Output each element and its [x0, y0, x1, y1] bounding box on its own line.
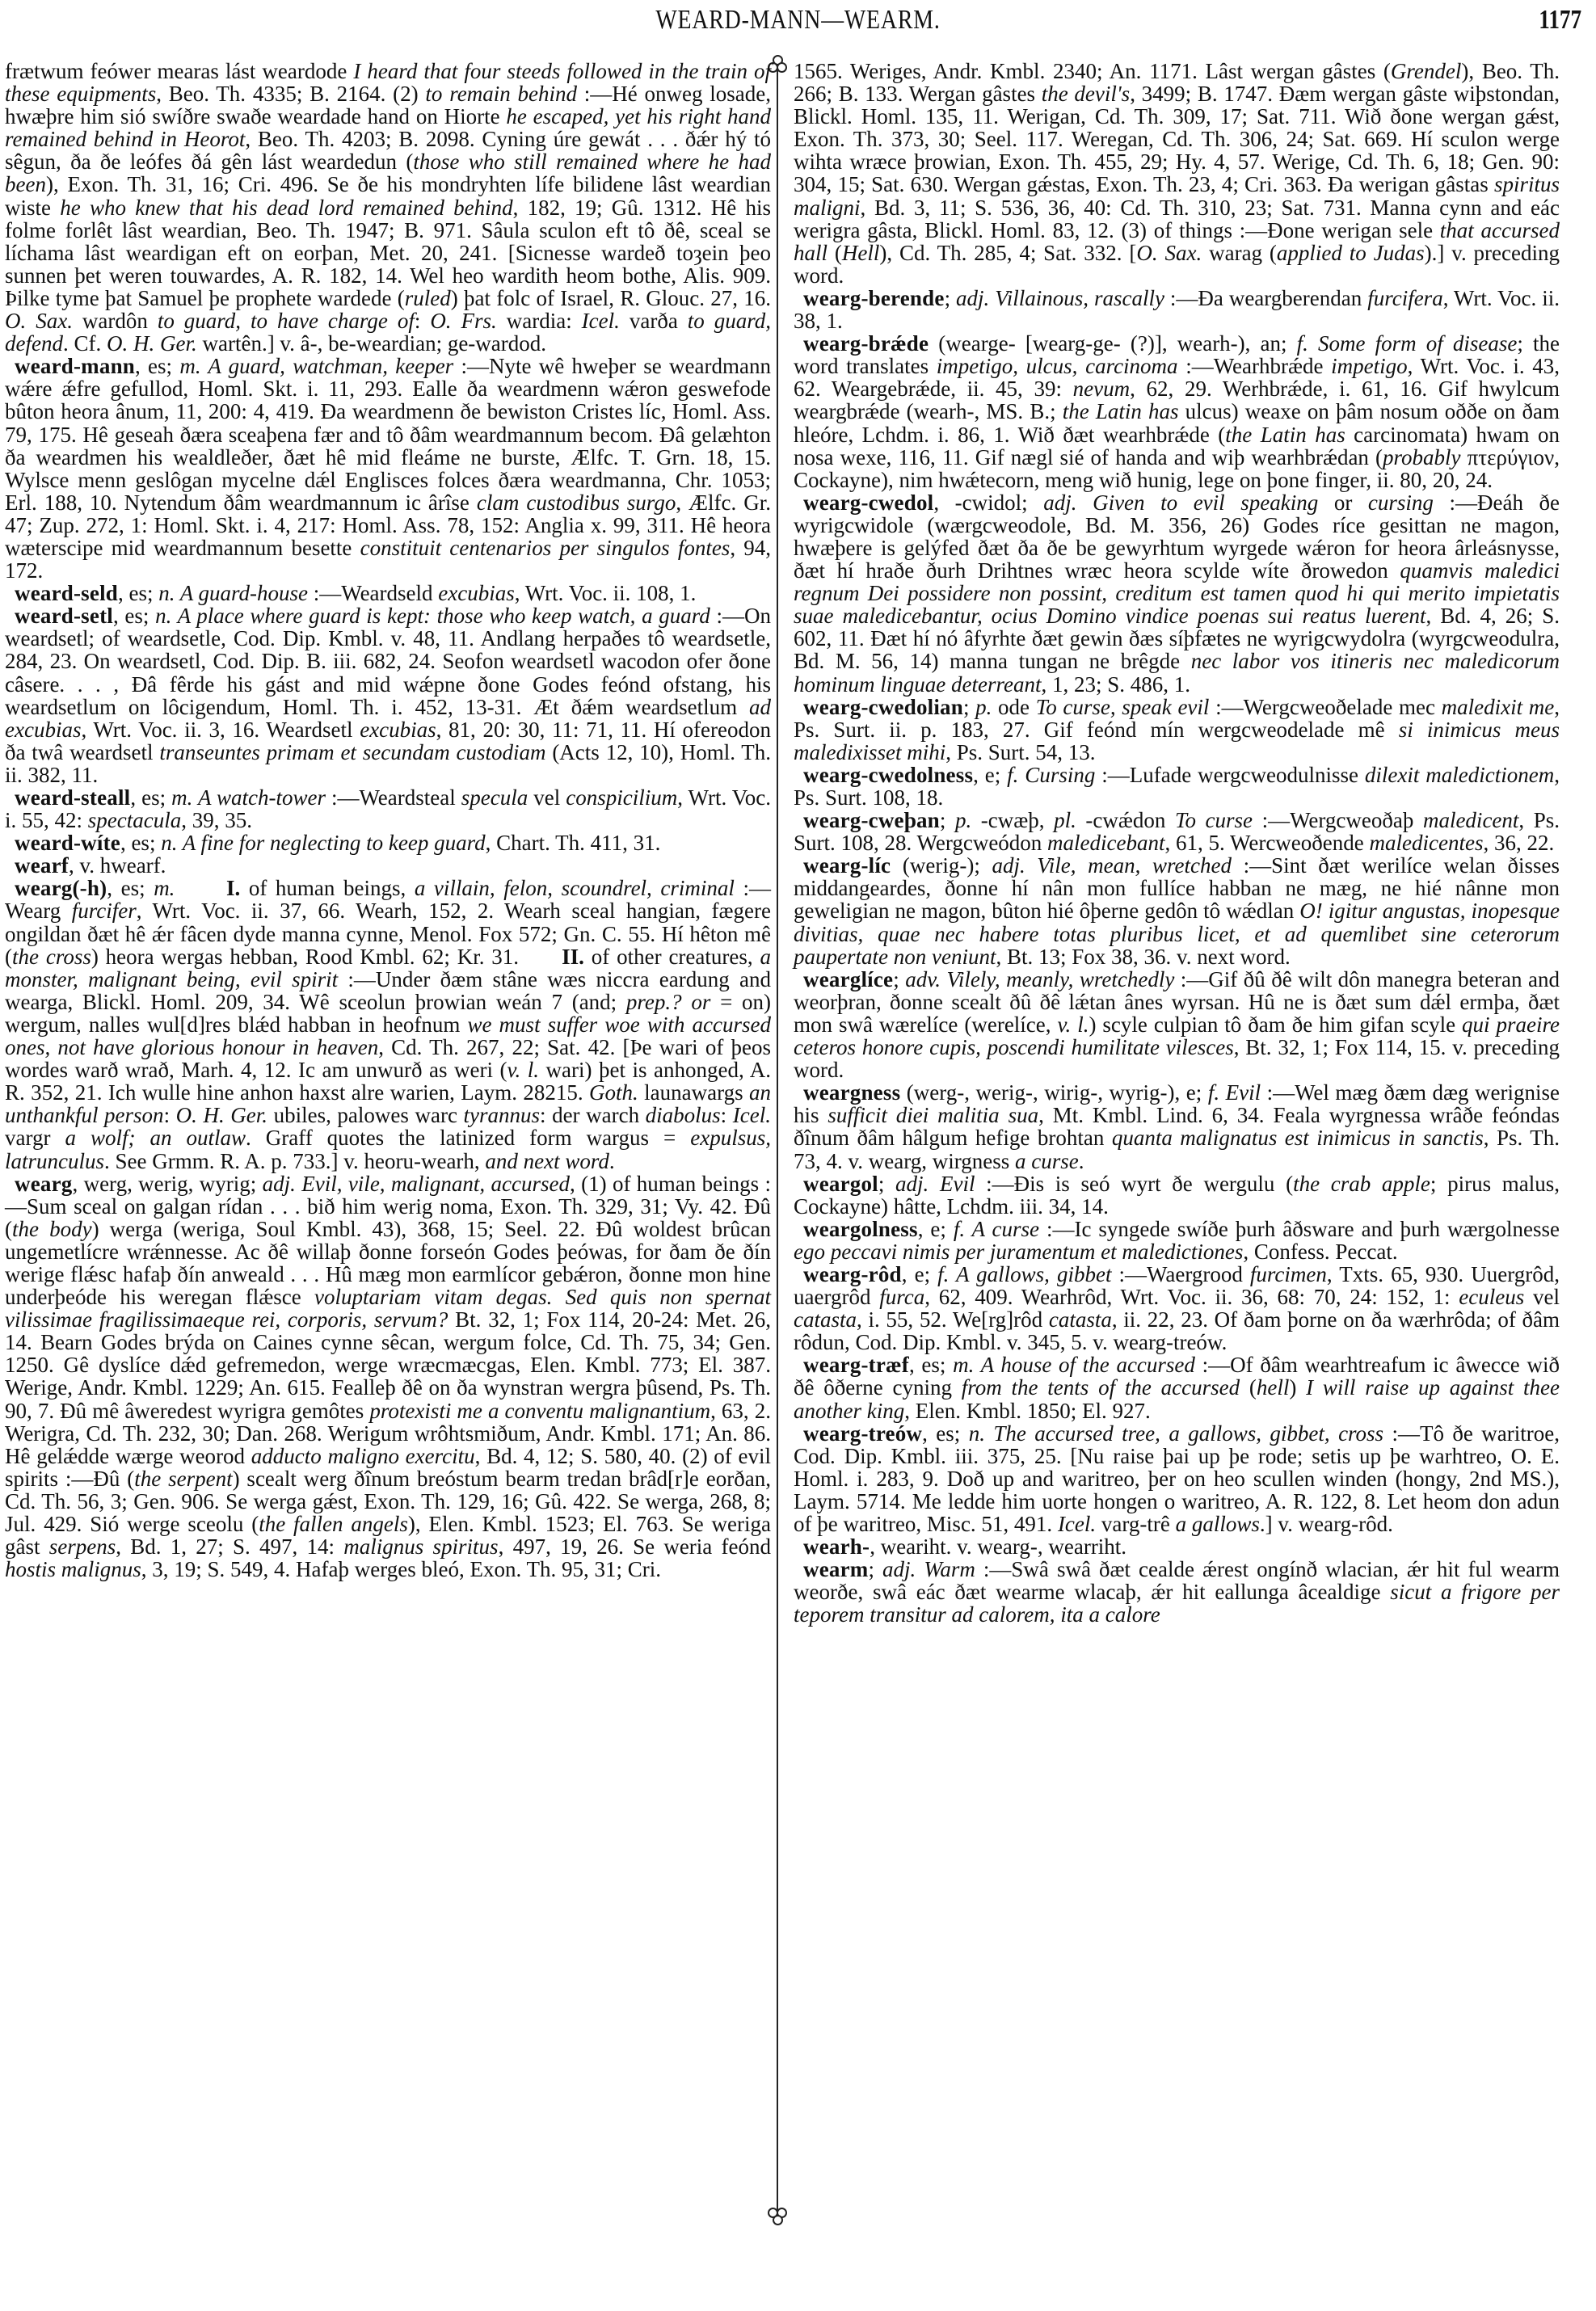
left-column: frætwum feówer mearas lást weardode I he…: [5, 60, 771, 1581]
entry-body: , v. hwearf.: [69, 853, 166, 878]
dictionary-entry: wearg-berende; adj. Villainous, rascally…: [794, 287, 1560, 332]
entry-body: , es; n. A fine for neglecting to keep g…: [120, 831, 660, 855]
dictionary-entry: wearglíce; adv. Vilely, meanly, wretched…: [794, 968, 1560, 1081]
entry-body: (wearge- [wearg-ge- (?)], wearh-), an; f…: [794, 331, 1560, 492]
dictionary-entry: wearg-treów, es; n. The accursed tree, a…: [794, 1422, 1560, 1535]
dictionary-entry: wearg-rôd, e; f. A gallows, gibbet :—Wae…: [794, 1263, 1560, 1353]
entry-body: , es; n. A guard-house :—Weardseld excub…: [118, 581, 696, 605]
dictionary-entry: wearg-cwedolness, e; f. Cursing :—Lufade…: [794, 764, 1560, 809]
dictionary-entry: wearg-træf, es; m. A house of the accurs…: [794, 1353, 1560, 1421]
dictionary-entry: weard-seld, es; n. A guard-house :—Weard…: [5, 582, 771, 604]
headword: wearglíce: [803, 967, 893, 991]
page-number: 1177: [1539, 5, 1581, 36]
entry-body: ; adj. Warm :—Swâ swâ ðæt cealde ǽrest o…: [794, 1557, 1560, 1627]
dictionary-entry: wearg(-h), es; m. I. of human beings, a …: [5, 877, 771, 1172]
entry-body: 1565. Weriges, Andr. Kmbl. 2340; An. 117…: [794, 59, 1560, 288]
entry-body: , es; n. A place where guard is kept: th…: [5, 604, 771, 787]
headword: wearf: [15, 853, 69, 878]
entry-body: , es; m. I. of human beings, a villain, …: [5, 876, 771, 1172]
headword: wearm: [803, 1557, 868, 1581]
entry-body: ; adv. Vilely, meanly, wretchedly :—Gif …: [794, 967, 1560, 1082]
dictionary-entry: weard-wíte, es; n. A fine for neglecting…: [5, 831, 771, 854]
dictionary-entry: wearg, werg, werig, wyrig; adj. Evil, vi…: [5, 1172, 771, 1581]
dictionary-entry: weard-mann, es; m. A guard, watchman, ke…: [5, 355, 771, 582]
headword: wearg-líc: [803, 853, 891, 878]
entry-body: frætwum feówer mearas lást weardode I he…: [5, 59, 771, 356]
dictionary-entry: wearg-cwedolian; p. ode To curse, speak …: [794, 696, 1560, 764]
dictionary-entry: weargolness, e; f. A curse :—Ic syngede …: [794, 1218, 1560, 1263]
right-column: 1565. Weriges, Andr. Kmbl. 2340; An. 117…: [794, 60, 1560, 1626]
headword: weard-seld: [15, 581, 118, 605]
headword: wearg-cweþan: [803, 808, 940, 832]
dictionary-entry: weard-steall, es; m. A watch-tower :—Wea…: [5, 786, 771, 831]
dictionary-entry: wearg-cwedol, -cwidol; adj. Given to evi…: [794, 491, 1560, 696]
headword: wearg(-h): [15, 876, 107, 900]
dictionary-entry: wearg-brǽde (wearge- [wearg-ge- (?)], we…: [794, 332, 1560, 491]
headword: wearg-cwedolness: [803, 763, 973, 787]
dictionary-entry: wearm; adj. Warm :—Swâ swâ ðæt cealde ǽr…: [794, 1558, 1560, 1626]
entry-body: , e; f. A gallows, gibbet :—Waergrood fu…: [794, 1262, 1560, 1354]
headword: wearg-træf: [803, 1353, 909, 1377]
entry-body: , werg, werig, wyrig; adj. Evil, vile, m…: [5, 1172, 771, 1582]
page-header: WEARD-MANN—WEARM. 1177: [0, 5, 1596, 37]
headword: weargolness: [803, 1217, 918, 1241]
dictionary-entry: wearg-cweþan; p. -cwæþ, pl. -cwǽdon To c…: [794, 809, 1560, 854]
column-ornament-bottom-icon: [768, 2208, 787, 2227]
entry-body: ; adj. Evil :—Ðis is seó wyrt ðe wergulu…: [794, 1172, 1560, 1219]
headword: weard-setl: [15, 604, 113, 628]
continued-entry: 1565. Weriges, Andr. Kmbl. 2340; An. 117…: [794, 60, 1560, 287]
dictionary-entry: weargol; adj. Evil :—Ðis is seó wyrt ðe …: [794, 1172, 1560, 1218]
headword: wearg-cwedol: [803, 490, 933, 515]
headword: wearg-cwedolian: [803, 695, 963, 719]
headword: wearg-treów: [803, 1421, 922, 1446]
headword: weargol: [803, 1172, 878, 1196]
dictionary-entry: wearf, v. hwearf.: [5, 854, 771, 877]
entry-body: (werig-); adj. Vile, mean, wretched :—Si…: [794, 853, 1560, 968]
headword: wearg-brǽde: [803, 331, 929, 356]
headword: wearh-: [803, 1534, 870, 1559]
running-head: WEARD-MANN—WEARM.: [144, 5, 1453, 36]
entry-body: , es; m. A house of the accursed :—Of ðâ…: [794, 1353, 1560, 1422]
headword: wearg-rôd: [803, 1262, 902, 1286]
headword: weard-steall: [15, 785, 130, 810]
dictionary-entry: wearh-, weariht. v. wearg-, wearriht.: [794, 1535, 1560, 1558]
headword: weargness: [803, 1080, 900, 1105]
entry-body: , -cwidol; adj. Given to evil speaking o…: [794, 490, 1560, 697]
headword: weard-mann: [15, 354, 135, 378]
dictionary-entry: weargness (werg-, werig-, wirig-, wyrig-…: [794, 1081, 1560, 1172]
entry-body: , es; m. A guard, watchman, keeper :—Nyt…: [5, 354, 771, 583]
dictionary-entry: wearg-líc (werig-); adj. Vile, mean, wre…: [794, 854, 1560, 967]
entry-body: (werg-, werig-, wirig-, wyrig-), e; f. E…: [794, 1080, 1560, 1172]
continued-entry: frætwum feówer mearas lást weardode I he…: [5, 60, 771, 355]
entry-body: , weariht. v. wearg-, wearriht.: [870, 1534, 1126, 1559]
dictionary-entry: weard-setl, es; n. A place where guard i…: [5, 604, 771, 786]
column-divider: [777, 68, 778, 2217]
headword: weard-wíte: [15, 831, 120, 855]
headword: wearg-berende: [803, 286, 945, 310]
headword: wearg: [15, 1172, 72, 1196]
